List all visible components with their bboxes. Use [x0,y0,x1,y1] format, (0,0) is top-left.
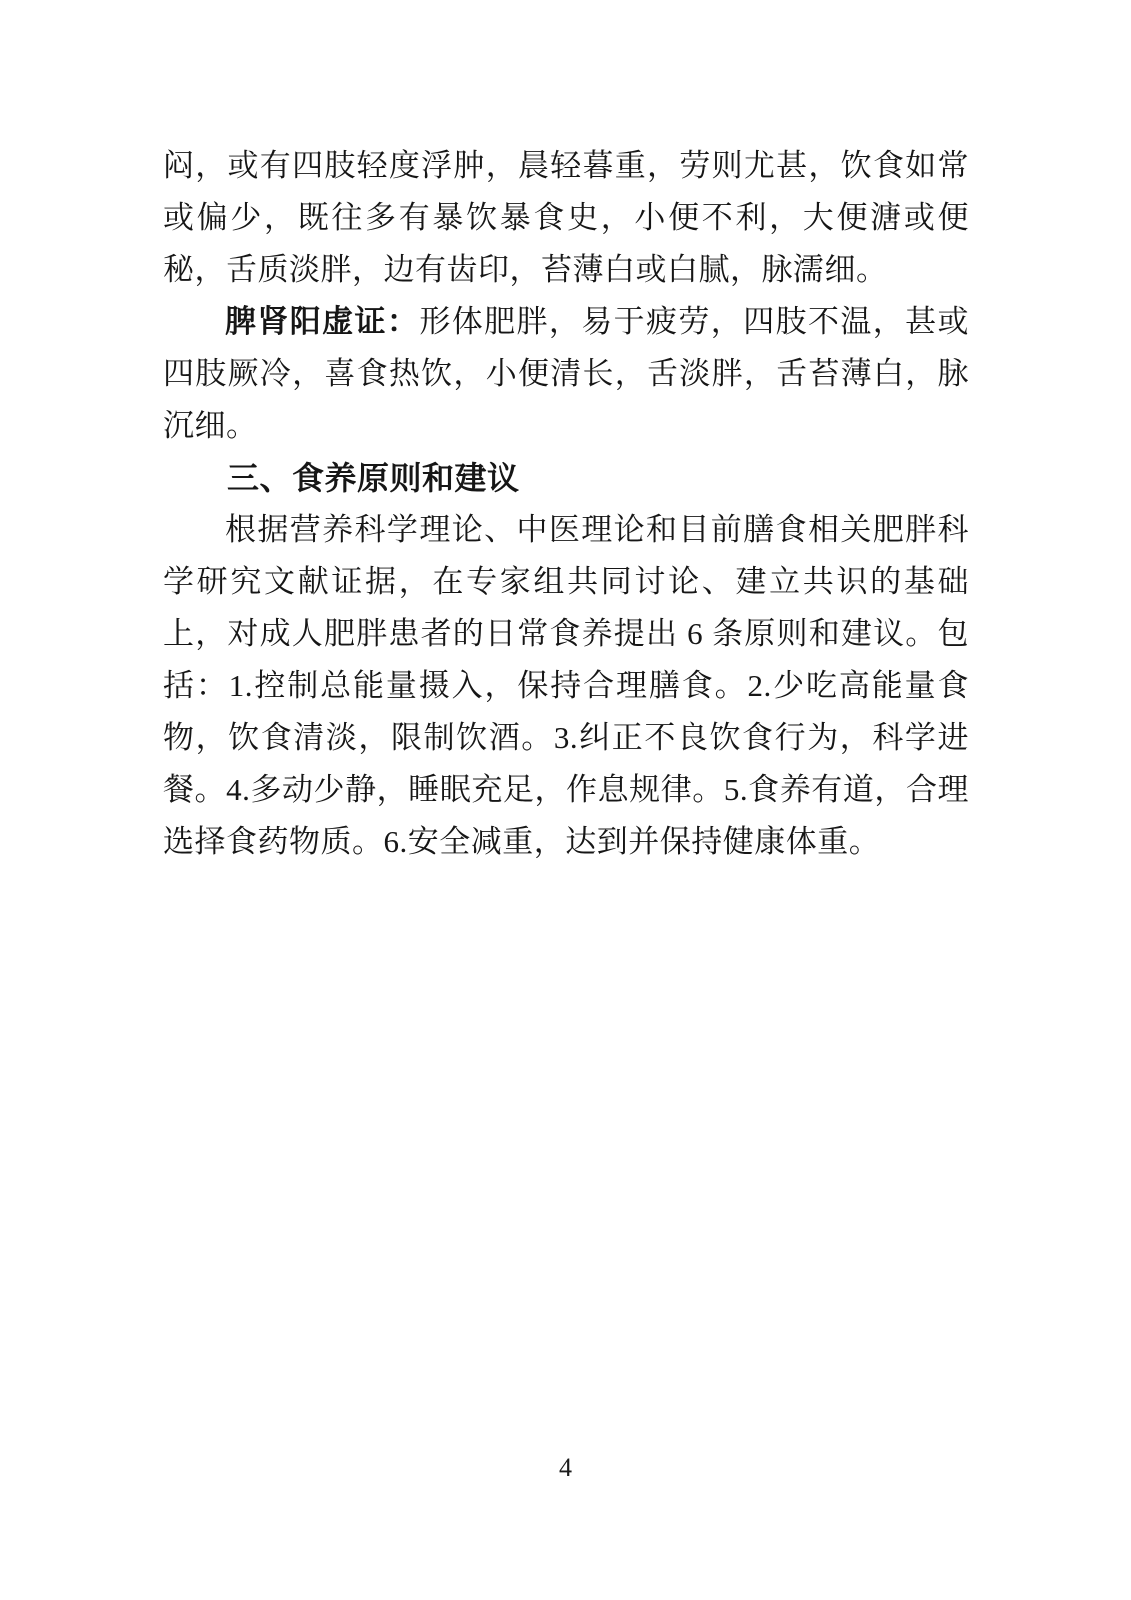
syndrome-label: 脾肾阳虚证： [225,304,419,339]
page-number: 4 [0,1452,1131,1484]
paragraph-spleen-kidney-yang-deficiency: 脾肾阳虚证：形体肥胖，易于疲劳，四肢不温，甚或四肢厥冷，喜食热饮，小便清长，舌淡… [163,296,969,452]
paragraph-symptom-continuation: 闷，或有四肢轻度浮肿，晨轻暮重，劳则尤甚，饮食如常或偏少，既往多有暴饮暴食史，小… [163,140,969,296]
section-heading-dietary-principles: 三、食养原则和建议 [163,452,969,504]
document-page: 闷，或有四肢轻度浮肿，晨轻暮重，劳则尤甚，饮食如常或偏少，既往多有暴饮暴食史，小… [0,0,1131,1600]
paragraph-principles-overview: 根据营养科学理论、中医理论和目前膳食相关肥胖科学研究文献证据，在专家组共同讨论、… [163,504,969,868]
text-content: 闷，或有四肢轻度浮肿，晨轻暮重，劳则尤甚，饮食如常或偏少，既往多有暴饮暴食史，小… [163,140,969,868]
